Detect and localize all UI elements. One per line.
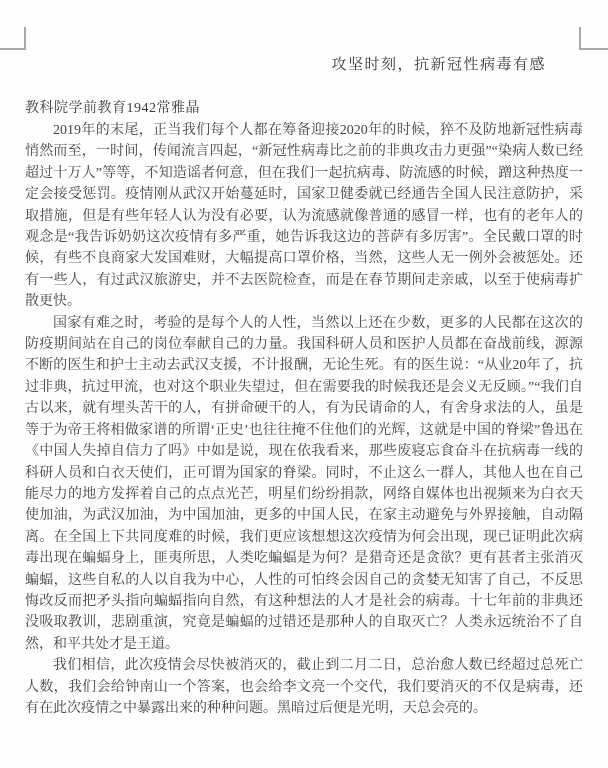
essay-paragraph-1: 2019年的末尾，正当我们每个人都在筹备迎接2020年的时候，猝不及防地新冠性病… <box>25 120 583 313</box>
crop-mark-top-right-vertical <box>579 27 581 50</box>
crop-mark-top-left-horizontal <box>0 48 26 50</box>
essay-title: 攻坚时刻，抗新冠性病毒有感 <box>331 53 546 74</box>
essay-paragraph-3: 我们相信，此次疫情会尽快被消灭的，截止到二月二日，总治愈人数已经超过总死亡人数，… <box>25 655 583 719</box>
essay-body: 2019年的末尾，正当我们每个人都在筹备迎接2020年的时候，猝不及防地新冠性病… <box>25 120 583 719</box>
crop-mark-top-right-horizontal <box>579 48 608 50</box>
crop-mark-top-left-vertical <box>24 27 26 50</box>
document-page: 攻坚时刻，抗新冠性病毒有感 教科院学前教育1942常雅晶 2019年的末尾，正当… <box>0 0 608 768</box>
essay-paragraph-2: 国家有难之时，考验的是每个人的人性，当然以上还在少数，更多的人民都在这次的防疫期… <box>25 313 583 656</box>
essay-author: 教科院学前教育1942常雅晶 <box>25 97 200 117</box>
